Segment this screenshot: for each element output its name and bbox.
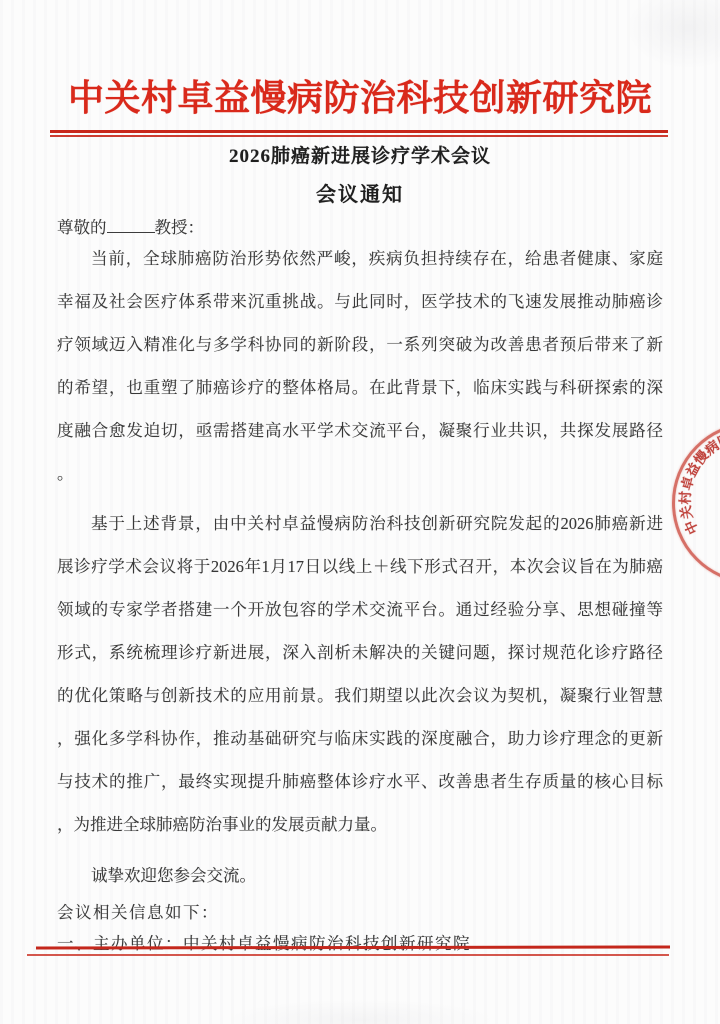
host-unit-line: 一、主办单位：中关村卓益慢病防治科技创新研究院 — [57, 933, 663, 955]
body-line-p1-4: 的希望，也重塑了肺癌诊疗的整体格局。在此背景下，临床实践与科研探索的深 — [57, 377, 663, 399]
header-rule-top — [50, 130, 668, 133]
salutation-prefix: 尊敬的 — [57, 218, 107, 237]
body-line-p2-6: ，强化多学科协作，推动基础研究与临床实践的深度融合，助力诊疗理念的更新 — [57, 728, 663, 750]
body-line-p2-1: 基于上述背景，由中关村卓益慢病防治科技创新研究院发起的2026肺癌新进 — [57, 513, 663, 535]
salutation-blank-underline — [107, 218, 155, 233]
body-line-p1-2: 幸福及社会医疗体系带来沉重挑战。与此同时，医学技术的飞速发展推动肺癌诊 — [57, 291, 663, 313]
notice-title: 会议通知 — [0, 178, 720, 207]
closing-line: 诚挚欢迎您参会交流。 — [57, 865, 663, 887]
body-line-p2-5: 的优化策略与创新技术的应用前景。我们期望以此次会议为契机，凝聚行业智慧 — [57, 685, 663, 707]
body-line-p1-6: 。 — [57, 463, 663, 485]
conference-title: 2026肺癌新进展诊疗学术会议 — [0, 141, 720, 168]
body-line-p1-5: 度融合愈发迫切，亟需搭建高水平学术交流平台，凝聚行业共识，共探发展路径 — [57, 420, 663, 442]
body-line-p2-4: 形式，系统梳理诊疗新进展，深入剖析未解决的关键问题，探讨规范化诊疗路径 — [57, 642, 663, 664]
body-line-p1-3: 疗领域迈入精准化与多学科协同的新阶段，一系列突破为改善患者预后带来了新 — [57, 334, 663, 356]
body-line-p2-7: 与技术的推广，最终实现提升肺癌整体诊疗水平、改善患者生存质量的核心目标 — [57, 771, 663, 793]
salutation-suffix: 教授： — [155, 218, 205, 237]
info-intro-line: 会议相关信息如下： — [57, 902, 663, 924]
institute-title: 中关村卓益慢病防治科技创新研究院 — [0, 76, 720, 120]
body-line-p1-1: 当前，全球肺癌防治形势依然严峻，疾病负担持续存在，给患者健康、家庭 — [57, 248, 663, 270]
body-line-p2-8: ，为推进全球肺癌防治事业的发展贡献力量。 — [57, 814, 663, 836]
salutation-line: 尊敬的教授： — [57, 217, 663, 239]
body-line-p2-2: 展诊疗学术会议将于2026年1月17日以线上＋线下形式召开，本次会议旨在为肺癌 — [57, 556, 663, 578]
body-line-p2-3: 领域的专家学者搭建一个开放包容的学术交流平台。通过经验分享、思想碰撞等 — [57, 599, 663, 621]
bottom-rule-bottom — [27, 954, 669, 956]
header-rule-bottom — [50, 135, 668, 137]
scanned-document-page: 中关村卓益慢病防治科技创新研究院 2026肺癌新进展诊疗学术会议 会议通知 尊敬… — [0, 0, 720, 1024]
